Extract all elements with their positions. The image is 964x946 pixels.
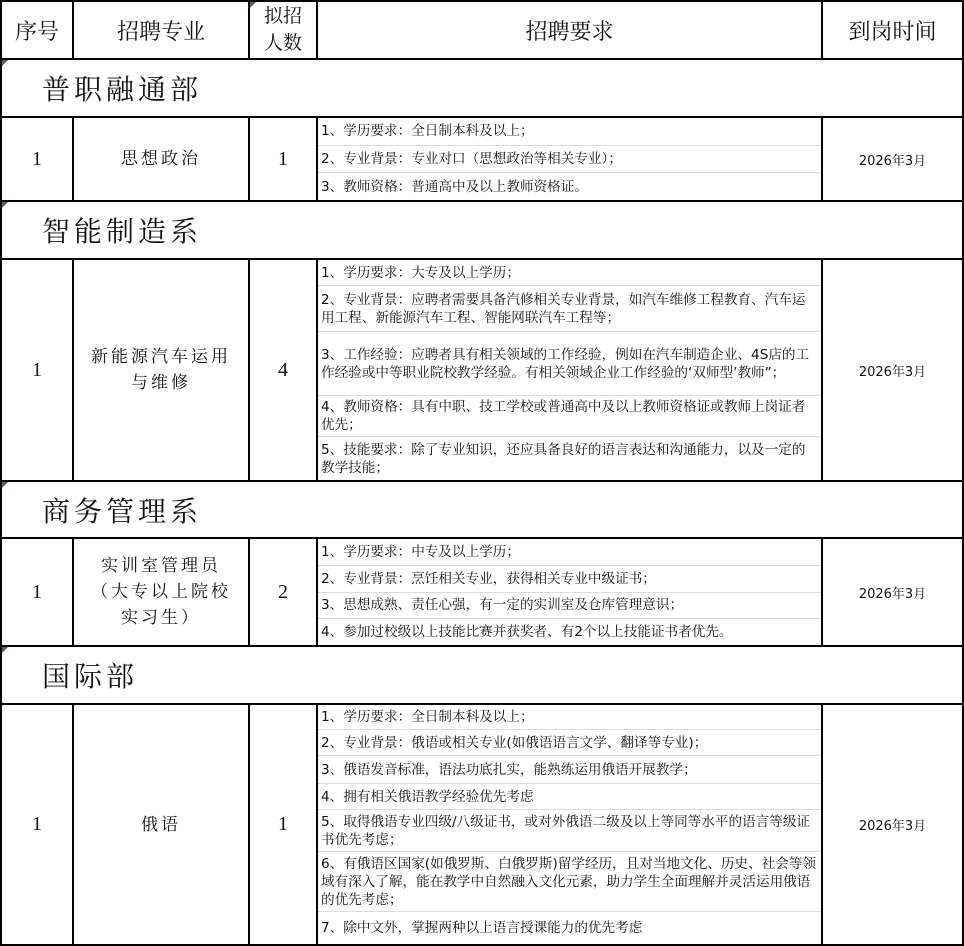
major-line: 俄语 xyxy=(141,812,181,838)
row-count: 1 xyxy=(248,703,318,946)
cell-marker xyxy=(2,482,8,488)
header-major: 招聘专业 xyxy=(72,0,250,60)
row-start-date: 2026年3月 xyxy=(821,116,964,202)
header-count-line2: 人数 xyxy=(264,30,302,57)
requirement-item: 5、取得俄语专业四级/八级证书，或对外俄语二级及以上等同等水平的语言等级证书优先… xyxy=(318,810,821,852)
section-title: 国际部 xyxy=(0,645,964,705)
row-requirements: 1、学历要求：全日制本科及以上； 2、专业背景：俄语或相关专业(如俄语语言文学、… xyxy=(316,703,823,946)
requirement-item: 2、专业背景：专业对口（思想政治等相关专业）； xyxy=(318,146,821,174)
requirement-item: 4、拥有相关俄语教学经验优先考虑 xyxy=(318,784,821,810)
header-index: 序号 xyxy=(0,0,74,60)
requirement-item: 6、有俄语区国家(如俄罗斯、白俄罗斯)留学经历，且对当地文化、历史、社会等领域有… xyxy=(318,852,821,912)
row-requirements: 1、学历要求：全日制本科及以上； 2、专业背景：专业对口（思想政治等相关专业）；… xyxy=(316,116,823,202)
row-count: 2 xyxy=(248,537,318,647)
row-count: 1 xyxy=(248,116,318,202)
row-start-date: 2026年3月 xyxy=(821,258,964,482)
row-major: 思想政治 xyxy=(72,116,250,202)
requirement-item: 5、技能要求：除了专业知识，还应具备良好的语言表达和沟通能力，以及一定的教学技能… xyxy=(318,437,821,480)
cell-marker xyxy=(2,60,8,66)
major-line: 思想政治 xyxy=(121,146,201,172)
major-line: 与维修 xyxy=(131,370,191,396)
requirement-item: 2、专业背景：俄语或相关专业(如俄语语言文学、翻译等专业)； xyxy=(318,730,821,756)
requirement-item: 3、思想成熟、责任心强，有一定的实训室及仓库管理意识； xyxy=(318,593,821,620)
recruitment-table: 序号 招聘专业 拟招 人数 招聘要求 到岗时间 普职融通部 1 思想政治 1 1… xyxy=(0,0,964,946)
row-major: 俄语 xyxy=(72,703,250,946)
requirement-item: 7、除中文外，掌握两种以上语言授课能力的优先考虑 xyxy=(318,912,821,944)
requirement-item: 3、教师资格：普通高中及以上教师资格证。 xyxy=(318,173,821,200)
requirement-item: 3、俄语发音标准，语法功底扎实，能熟练运用俄语开展教学； xyxy=(318,756,821,784)
requirement-item: 1、学历要求：全日制本科及以上； xyxy=(318,705,821,730)
row-index: 1 xyxy=(0,116,74,202)
row-requirements: 1、学历要求：大专及以上学历； 2、专业背景：应聘者需要具备汽修相关专业背景，如… xyxy=(316,258,823,482)
row-index: 1 xyxy=(0,258,74,482)
major-line: 新能源汽车运用 xyxy=(91,344,231,370)
cell-marker xyxy=(2,647,8,653)
row-count: 4 xyxy=(248,258,318,482)
cell-marker xyxy=(2,202,8,208)
requirement-item: 1、学历要求：全日制本科及以上； xyxy=(318,118,821,146)
row-start-date: 2026年3月 xyxy=(821,703,964,946)
section-title: 智能制造系 xyxy=(0,200,964,260)
row-major: 新能源汽车运用 与维修 xyxy=(72,258,250,482)
row-start-date: 2026年3月 xyxy=(821,537,964,647)
major-line: 实训室管理员 xyxy=(101,553,221,579)
header-requirements: 招聘要求 xyxy=(316,0,823,60)
row-index: 1 xyxy=(0,537,74,647)
requirement-item: 1、学历要求：大专及以上学历； xyxy=(318,260,821,286)
header-start-date: 到岗时间 xyxy=(821,0,964,60)
requirement-item: 3、工作经验：应聘者具有相关领域的工作经验，例如在汽车制造企业、4S店的工作经验… xyxy=(318,332,821,396)
requirement-item: 2、专业背景：烹饪相关专业，获得相关专业中级证书； xyxy=(318,566,821,593)
header-count: 拟招 人数 xyxy=(248,0,318,60)
requirement-item: 1、学历要求：中专及以上学历； xyxy=(318,539,821,566)
row-requirements: 1、学历要求：中专及以上学历； 2、专业背景：烹饪相关专业，获得相关专业中级证书… xyxy=(316,537,823,647)
requirement-item: 4、教师资格：具有中职、技工学校或普通高中及以上教师资格证或教师上岗证者优先； xyxy=(318,396,821,437)
requirement-item: 2、专业背景：应聘者需要具备汽修相关专业背景，如汽车维修工程教育、汽车运用工程、… xyxy=(318,286,821,332)
major-line: 实习生） xyxy=(121,605,201,631)
requirement-item: 4、参加过校级以上技能比赛并获奖者、有2个以上技能证书者优先。 xyxy=(318,619,821,645)
section-title: 商务管理系 xyxy=(0,480,964,539)
header-count-line1: 拟招 xyxy=(264,3,302,30)
section-title: 普职融通部 xyxy=(0,58,964,118)
row-index: 1 xyxy=(0,703,74,946)
cell-marker xyxy=(250,2,256,8)
major-line: （大专以上院校 xyxy=(91,579,231,605)
row-major: 实训室管理员 （大专以上院校 实习生） xyxy=(72,537,250,647)
